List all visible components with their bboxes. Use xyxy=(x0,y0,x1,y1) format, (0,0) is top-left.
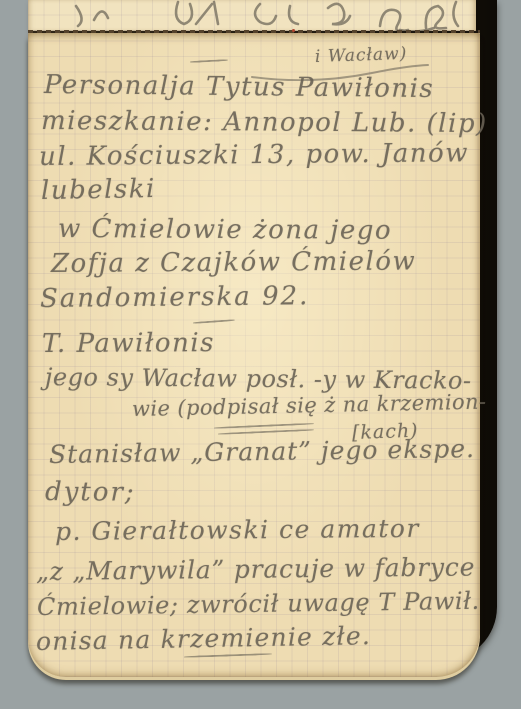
underline-krzemienie xyxy=(184,653,272,658)
line-stanislaw-granat: Stanisław „Granat” jego ekspe. xyxy=(49,434,475,469)
double-underline-podpisal-2 xyxy=(218,429,314,435)
line-lubelski: lubelski xyxy=(41,174,156,206)
line-sandomierska: Sandomierska 92. xyxy=(40,281,310,314)
line-ul-kosciuszki: ul. Kościuszki 13, pow. Janów xyxy=(39,138,469,172)
line-wie-podpisal: wie (podpisał się ż na krzemion- xyxy=(132,390,487,421)
notebook-page: i Wacław) Personalja Tytus Pawiłonis mie… xyxy=(28,33,480,677)
line-dytor: dytor; xyxy=(45,477,136,508)
scanned-notebook-photo: i Wacław) Personalja Tytus Pawiłonis mie… xyxy=(0,0,521,709)
dash-above-t-pawilonis xyxy=(193,319,235,324)
line-personalja: Personalja Tytus Pawiłonis xyxy=(44,70,435,104)
line-w-cmielowie: w Ćmielowie żona jego xyxy=(58,214,392,246)
double-underline-podpisal-1 xyxy=(214,423,314,429)
line-t-pawilonis: T. Pawiłonis xyxy=(42,328,215,359)
insertion-dash-mark xyxy=(190,59,228,63)
cutoff-handwriting xyxy=(28,0,476,31)
line-marywila: „z „Marywila” pracuje w fabryce xyxy=(36,552,476,586)
line-jego-sy: jego sy Wacław posł. -y w Kracko- xyxy=(45,363,472,395)
paper-fleck xyxy=(292,29,295,32)
line-onisa: onisa na krzemienie złe. xyxy=(36,621,371,656)
line-zofja: Zofja z Czajków Ćmielów xyxy=(51,246,416,279)
line-cmielowie-zwrocil: Ćmielowie; zwrócił uwagę T Pawił. xyxy=(37,587,480,621)
torn-page-stub xyxy=(28,0,476,31)
line-gieraltowski: p. Gierałtowski ce amator xyxy=(55,514,420,546)
line-mieszkanie: mieszkanie: Annopol Lub. (lip) xyxy=(41,106,488,139)
